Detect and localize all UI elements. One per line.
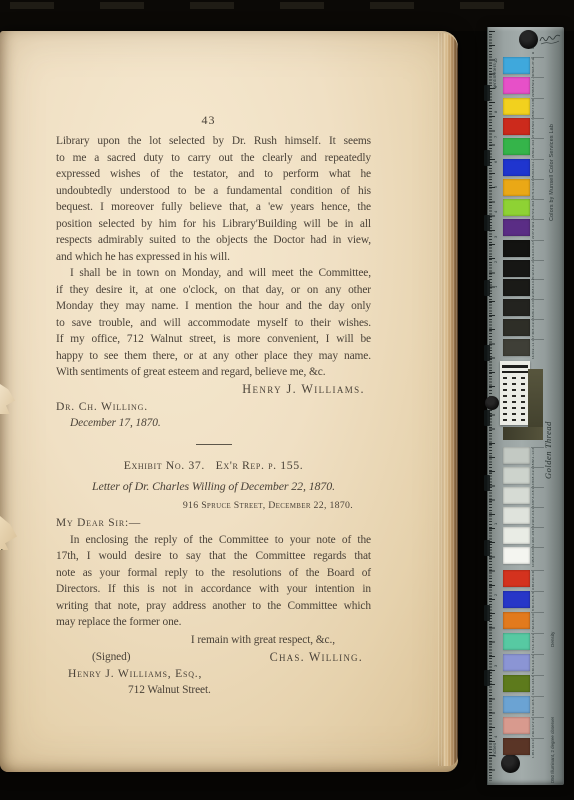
paragraph-monday-meeting: I shall be in town on Monday, and will m… [56, 265, 371, 381]
text-line: undoubtedly understood to be a fundament… [56, 183, 371, 200]
page-fore-edge [438, 33, 458, 766]
patch-values: 9 48.2 60.3 40.9 [531, 570, 544, 590]
patch-values: 30 59.8 -27.1 -25.5 [531, 57, 544, 77]
text-line: respects admirably suited to the objects… [56, 232, 371, 249]
letter-dateline: 916 Spruce Street, December 22, 1870. [56, 498, 371, 513]
density-label: Density [550, 603, 555, 647]
munsell-brand-label: Colors by Munsell Color Services Lab [549, 55, 555, 221]
inch-number: 1 [493, 517, 499, 525]
notch-shadow [484, 670, 490, 686]
golden-thread-label: Golden Thread [543, 369, 553, 479]
letter-date-dec17: December 17, 1870. [56, 415, 371, 431]
illuminant-label: D50 Illuminant, 2 degree observer [550, 689, 555, 783]
color-patch-13 [503, 487, 530, 504]
patch-values: 1 28.1 13.3 14.0 [531, 738, 544, 758]
color-patch-22 [503, 219, 530, 236]
cm-number: 3 [493, 230, 499, 238]
signature-henry-williams: Henry J. Williams. [56, 381, 371, 398]
cm-number: 10 [493, 55, 499, 63]
cm-number: 8 [493, 105, 499, 113]
inch-number: 2 [493, 588, 499, 596]
patch-values: 29 58.8 52.9 -12.7 [531, 77, 544, 97]
section-divider [196, 444, 232, 445]
text-line: happy to see them there, or at any other… [56, 348, 371, 365]
signature-chas-willing: Chas. Willing. [270, 649, 363, 666]
torn-paper-remnant [0, 384, 15, 414]
resolution-target-icon [500, 361, 530, 425]
exhibit-heading: Exhibit No. 37. Ex'r Rep. p. 155. [56, 457, 371, 474]
patch-values: 13 87.3 -0.8 1.6 0.13 [531, 487, 544, 507]
color-patch-8 [503, 591, 530, 608]
color-patch-10 [503, 547, 530, 564]
cm-number: 2 [493, 255, 499, 263]
patch-values: 26 56.9 -44.2 29.8 [531, 138, 544, 158]
notch-shadow [484, 215, 490, 231]
color-patch-5 [503, 654, 530, 671]
patch-values: 24 71.9 14.6 68.8 [531, 179, 544, 199]
text-line: 17th, I would desire to say that the Com… [56, 548, 371, 565]
notch-shadow [484, 410, 490, 426]
patch-values: 19 18.8 0.1 0.1 1.87 [531, 279, 544, 299]
closing-line: I remain with great respect, &c., [56, 632, 371, 649]
page-text-block: 43 Library upon the lot selected by Dr. … [56, 112, 371, 699]
color-patch-25 [503, 159, 530, 176]
color-patch-2 [503, 717, 530, 734]
cm-number: 6 [493, 155, 499, 163]
color-patch-4 [503, 675, 530, 692]
text-line: writing that note, pray address another … [56, 598, 371, 615]
addressee-henry-williams: Henry J. Williams, Esq., [56, 666, 371, 683]
cm-number: 7 [493, 130, 499, 138]
color-patch-1 [503, 738, 530, 755]
notch-shadow [484, 280, 490, 296]
inch-number: 4 [493, 730, 499, 738]
color-patch-7 [503, 612, 530, 629]
patch-values: 4 44.3 -13.6 46.8 [531, 675, 544, 695]
color-patch-14 [503, 467, 530, 484]
color-patch-16 [503, 339, 530, 356]
inch-number: 3 [493, 659, 499, 667]
text-line: In enclosing the reply of the Committee … [56, 532, 371, 549]
color-patch-21 [503, 240, 530, 257]
text-line: if they desire it, at one o'clock, on th… [56, 282, 371, 299]
patch-values: 6 71.6 -31.9 1.4 [531, 633, 544, 653]
patch-values: 5 60.1 9.9 -31.2 [531, 654, 544, 674]
color-patch-19 [503, 279, 530, 296]
text-line: to me a sacred duty to carry out the cle… [56, 150, 371, 167]
text-line: note as your formal reply to the resolut… [56, 565, 371, 582]
text-line: and which he has expressed in his will. [56, 249, 371, 266]
text-line: expressed wishes of the testator, and to… [56, 166, 371, 183]
text-line: If my office, 712 Walnut street, is more… [56, 331, 371, 348]
color-patch-28 [503, 98, 530, 115]
letter-title: Letter of Dr. Charles Willing of Decembe… [56, 477, 371, 496]
patch-values: 16 44.9 -1.1 1.6 0.79 [531, 339, 544, 359]
scanned-book-photo: 43 Library upon the lot selected by Dr. … [0, 0, 574, 800]
cm-number: 1 [493, 280, 499, 288]
patch-values: 27 42.3 52.0 30.1 [531, 118, 544, 138]
patch-values: 20 12.3 0.2 -0.3 2.04 [531, 260, 544, 280]
color-patch-29 [503, 77, 530, 94]
cm-number: 5 [493, 180, 499, 188]
text-line: position selected by him for his Library… [56, 216, 371, 233]
color-patch-26 [503, 138, 530, 155]
address-walnut-street: 712 Walnut Street. [56, 682, 371, 699]
color-patch-27 [503, 118, 530, 135]
color-patch-30 [503, 57, 530, 74]
registration-dot-icon [485, 396, 499, 410]
notch-shadow [484, 605, 490, 621]
signed-line: (Signed) Chas. Willing. [56, 649, 371, 666]
patch-values: 21 9.0 0.3 -0.5 2.42 [531, 240, 544, 260]
color-patch-24 [503, 179, 530, 196]
notch-shadow [484, 150, 490, 166]
patch-values: 10 95.8 -0.3 0.4 0.04 [531, 547, 544, 567]
paragraph-library-bequest: Library upon the lot selected by Dr. Rus… [56, 133, 371, 265]
patch-values: 7 62.9 31.4 64.2 [531, 612, 544, 632]
notch-shadow [484, 540, 490, 556]
text-line: I shall be in town on Monday, and will m… [56, 265, 371, 282]
color-patch-6 [503, 633, 530, 650]
text-line: may replace the former one. [56, 614, 371, 631]
color-calibration-target: centimeters inches 109876543211234 L a b… [487, 27, 564, 785]
cm-number: 9 [493, 80, 499, 88]
notch-shadow [484, 85, 490, 101]
target-corner-mark [503, 427, 543, 440]
page-number: 43 [56, 112, 371, 128]
color-patch-12 [503, 507, 530, 524]
notch-shadow [484, 345, 490, 361]
patch-values: 22 27.4 32.9 -38.6 [531, 219, 544, 239]
color-patch-9 [503, 570, 530, 587]
registration-dot-icon [501, 754, 520, 773]
patch-values: 11 93.0 -0.5 0.8 0.06 [531, 527, 544, 547]
patch-values: 3 63.4 -10.5 -26.3 [531, 696, 544, 716]
book-page: 43 Library upon the lot selected by Dr. … [0, 31, 458, 772]
cm-number: 4 [493, 205, 499, 213]
addressee-dr-willing: Dr. Ch. Willing. [56, 398, 371, 415]
patch-values: 12 90.2 -0.6 1.2 0.10 [531, 507, 544, 527]
text-line: bequest. I moreover fully believe that, … [56, 199, 371, 216]
text-line: Library upon the lot selected by Dr. Rus… [56, 133, 371, 150]
text-line: With sentiments of great esteem and rega… [56, 364, 371, 381]
color-patch-15 [503, 447, 530, 464]
color-patch-20 [503, 260, 530, 277]
text-line: to save trouble, and will accommodate my… [56, 315, 371, 332]
patch-values: 18 26.1 -0.4 0.6 1.34 [531, 299, 544, 319]
color-patch-17 [503, 319, 530, 336]
color-patch-23 [503, 199, 530, 216]
paragraph-committee-reply: In enclosing the reply of the Committee … [56, 532, 371, 631]
patch-values: 25 29.3 13.1 -49.7 [531, 159, 544, 179]
torn-paper-remnant [0, 516, 17, 550]
salutation: My Dear Sir:— [56, 515, 371, 532]
patch-values: 17 36.5 -0.9 1.2 0.98 [531, 319, 544, 339]
signed-label: (Signed) [92, 649, 130, 666]
patch-values: 2 66.4 17.2 17.1 [531, 717, 544, 737]
notch-shadow [484, 475, 490, 491]
color-patch-3 [503, 696, 530, 713]
patch-values: 8 30.0 21.5 -52.3 [531, 591, 544, 611]
color-patch-18 [503, 299, 530, 316]
text-line: Monday they may name. I mention the hour… [56, 298, 371, 315]
text-line: Directors. If this is not in accordance … [56, 581, 371, 598]
patch-values: 28 82.7 3.4 81.3 [531, 98, 544, 118]
color-patch-11 [503, 527, 530, 544]
patch-values: 23 72.9 -33.2 63.9 [531, 199, 544, 219]
